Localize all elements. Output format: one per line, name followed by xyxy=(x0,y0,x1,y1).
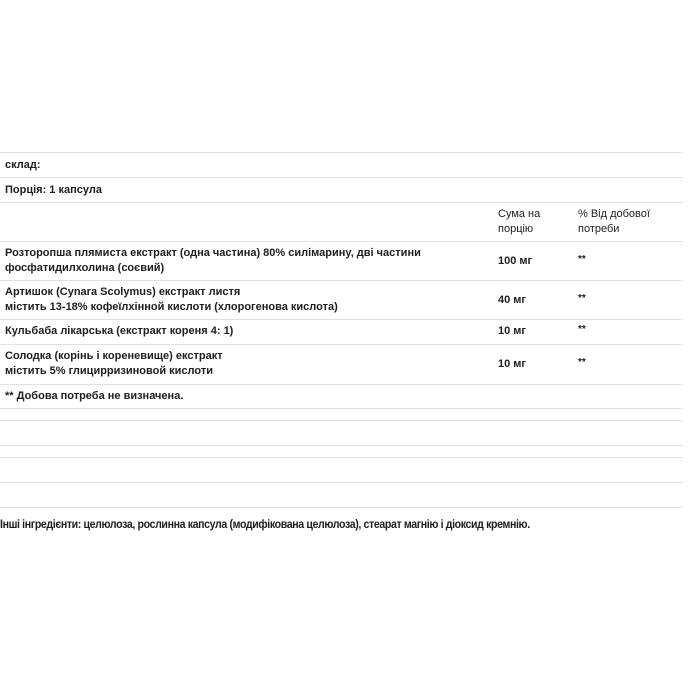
ingredient-daily-value: ** xyxy=(578,355,586,370)
ingredient-name: Солодка (корінь і кореневище) екстракт м… xyxy=(5,349,223,379)
section-title: склад: xyxy=(5,158,41,173)
ingredient-daily-value: ** xyxy=(578,291,586,306)
divider xyxy=(0,507,683,508)
ingredient-daily-value: ** xyxy=(578,322,586,337)
divider xyxy=(0,319,683,320)
divider xyxy=(0,482,683,483)
divider xyxy=(0,152,683,153)
column-header-amount: Сума на порцію xyxy=(498,207,540,237)
divider xyxy=(0,445,683,446)
ingredient-daily-value: ** xyxy=(578,252,586,267)
ingredient-name: Артишок (Cynara Scolymus) екстракт листя… xyxy=(5,285,338,315)
divider xyxy=(0,177,683,178)
ingredient-amount: 10 мг xyxy=(498,357,526,372)
ingredient-name: Кульбаба лікарська (екстракт кореня 4: 1… xyxy=(5,324,233,339)
other-ingredients: Інші інгредієнти: целюлоза, рослинна кап… xyxy=(0,519,530,531)
ingredient-amount: 40 мг xyxy=(498,293,526,308)
ingredient-amount: 100 мг xyxy=(498,254,532,269)
divider xyxy=(0,241,683,242)
ingredient-amount: 10 мг xyxy=(498,324,526,339)
divider xyxy=(0,408,683,409)
column-header-daily-value: % Від добової потреби xyxy=(578,207,650,237)
footnote: ** Добова потреба не визначена. xyxy=(5,389,183,404)
ingredient-name: Розторопша плямиста екстракт (одна части… xyxy=(5,246,421,276)
divider xyxy=(0,344,683,345)
divider xyxy=(0,202,683,203)
divider xyxy=(0,420,683,421)
serving-size: Порція: 1 капсула xyxy=(5,183,102,198)
divider xyxy=(0,457,683,458)
divider xyxy=(0,280,683,281)
divider xyxy=(0,384,683,385)
